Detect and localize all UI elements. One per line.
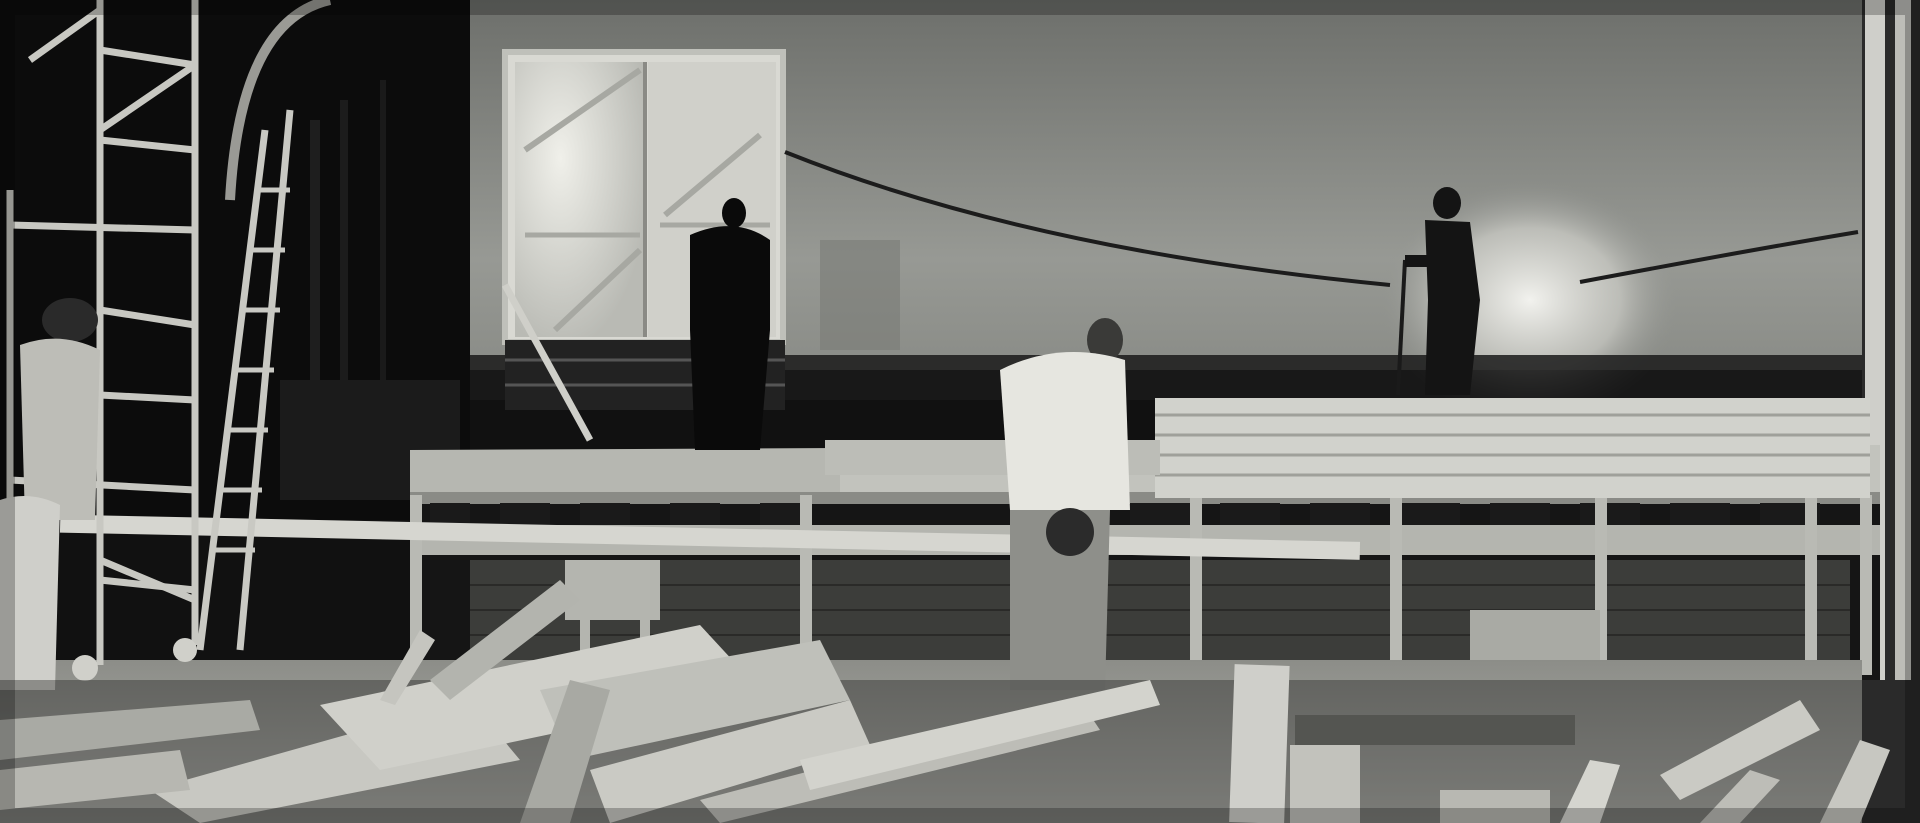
figure-at-door xyxy=(690,198,770,450)
circular-saw xyxy=(1046,508,1094,556)
stage-construction-photo: Theatre stage under construction: worker… xyxy=(0,0,1920,823)
sawhorse xyxy=(565,560,660,620)
caster-wheel xyxy=(173,638,197,662)
caster-wheel xyxy=(72,655,98,681)
